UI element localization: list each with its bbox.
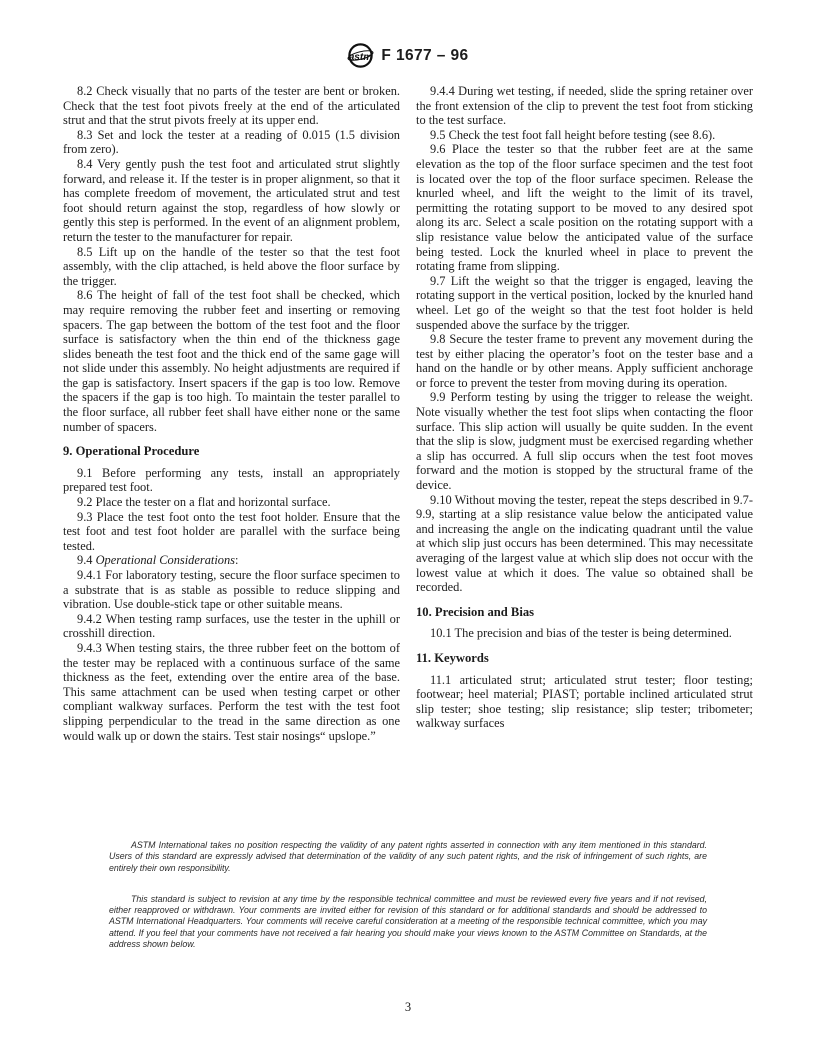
paragraph: 8.3 Set and lock the tester at a reading… — [63, 128, 400, 157]
paragraph: 9.6 Place the tester so that the rubber … — [416, 142, 753, 273]
text: : — [235, 553, 238, 567]
paragraph: 9.4.3 When testing stairs, the three rub… — [63, 641, 400, 743]
paragraph: 9.4.4 During wet testing, if needed, sli… — [416, 84, 753, 128]
paragraph: 8.5 Lift up on the handle of the tester … — [63, 245, 400, 289]
paragraph: 9.2 Place the tester on a flat and horiz… — [63, 495, 400, 510]
paragraph: 9.8 Secure the tester frame to prevent a… — [416, 332, 753, 390]
paragraph: 9.4 Operational Considerations: — [63, 553, 400, 568]
paragraph: 8.2 Check visually that no parts of the … — [63, 84, 400, 128]
doc-code: F 1677 – 96 — [381, 47, 468, 65]
left-column: 8.2 Check visually that no parts of the … — [63, 84, 400, 743]
section-heading: 10. Precision and Bias — [416, 605, 753, 620]
page-header: astm F 1677 – 96 — [0, 42, 816, 69]
text: 9.4 — [77, 553, 96, 567]
paragraph: 10.1 The precision and bias of the teste… — [416, 626, 753, 641]
footer-notes: ASTM International takes no position res… — [109, 840, 707, 970]
document-page: astm F 1677 – 96 8.2 Check visually that… — [0, 0, 816, 1056]
italic-text: Operational Considerations — [96, 553, 235, 567]
paragraph: 9.4.1 For laboratory testing, secure the… — [63, 568, 400, 612]
astm-logo-icon: astm — [347, 42, 374, 69]
paragraph: 9.3 Place the test foot onto the test fo… — [63, 510, 400, 554]
paragraph: 8.4 Very gently push the test foot and a… — [63, 157, 400, 245]
page-number: 3 — [0, 1000, 816, 1015]
paragraph: 9.4.2 When testing ramp surfaces, use th… — [63, 612, 400, 641]
section-heading: 11. Keywords — [416, 651, 753, 666]
paragraph: 8.6 The height of fall of the test foot … — [63, 288, 400, 434]
footer-note: ASTM International takes no position res… — [109, 840, 707, 874]
right-column: 9.4.4 During wet testing, if needed, sli… — [416, 84, 753, 743]
svg-text:astm: astm — [349, 52, 373, 63]
paragraph: 9.5 Check the test foot fall height befo… — [416, 128, 753, 143]
paragraph: 9.10 Without moving the tester, repeat t… — [416, 493, 753, 595]
paragraph: 9.1 Before performing any tests, install… — [63, 466, 400, 495]
paragraph: 9.7 Lift the weight so that the trigger … — [416, 274, 753, 332]
section-heading: 9. Operational Procedure — [63, 444, 400, 459]
paragraph: 11.1 articulated strut; articulated stru… — [416, 673, 753, 731]
document-body: 8.2 Check visually that no parts of the … — [63, 84, 753, 743]
footer-note: This standard is subject to revision at … — [109, 894, 707, 950]
paragraph: 9.9 Perform testing by using the trigger… — [416, 390, 753, 492]
